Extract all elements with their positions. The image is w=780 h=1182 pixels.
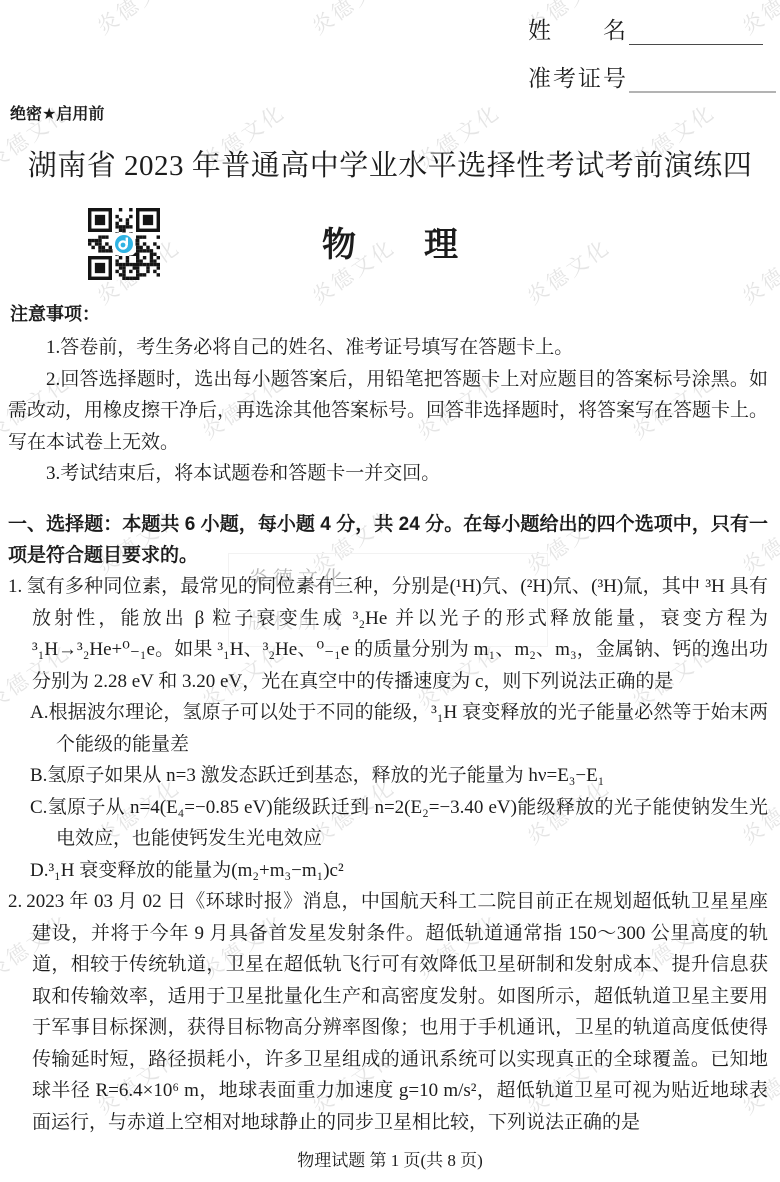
- section-heading: 一、选择题：本题共 6 小题，每小题 4 分，共 24 分。在每小题给出的四个选…: [8, 509, 768, 571]
- questions-area: 1.氢有多种同位素，最常见的同位素有三种，分别是(¹H)氕、(²H)氘、(³H)…: [8, 571, 768, 1138]
- question-1-option-c: C.氢原子从 n=4(E₄=−0.85 eV)能级跃迁到 n=2(E₂=−3.4…: [30, 792, 768, 855]
- question-1-option-b: B.氢原子如果从 n=3 激发态跃迁到基态，释放的光子能量为 hν=E₃−E₁: [30, 760, 768, 792]
- secrecy-notice: 绝密★启用前: [10, 101, 104, 124]
- notice-item: 2.回答选择题时，选出每小题答案后，用铅笔把答题卡上对应题目的答案标号涂黑。如需…: [8, 364, 768, 459]
- page-footer: 物理试题 第 1 页(共 8 页): [0, 1146, 780, 1171]
- question-1: 1.氢有多种同位素，最常见的同位素有三种，分别是(¹H)氕、(²H)氘、(³H)…: [8, 571, 768, 886]
- notice-section: 注意事项： 1.答卷前，考生务必将自己的姓名、准考证号填写在答题卡上。 2.回答…: [8, 300, 768, 490]
- name-label: 姓名: [528, 12, 626, 45]
- watermark-text: 炎德文化: [305, 0, 401, 41]
- exam-paper-page: 炎德文化炎德文化炎德文化炎德文化炎德文化炎德文化炎德文化炎德文化炎德文化炎德文化…: [0, 0, 780, 1182]
- name-field-row: 姓名: [528, 12, 763, 45]
- question-1-text: 氢有多种同位素，最常见的同位素有三种，分别是(¹H)氕、(²H)氘、(³H)氚，…: [26, 576, 768, 692]
- question-2: 2.2023 年 03 月 02 日《环球时报》消息，中国航天科工二院目前正在规…: [8, 886, 768, 1138]
- subject-title: 物 理: [0, 217, 780, 266]
- question-1-option-a: A.根据波尔理论，氢原子可以处于不同的能级，³₁H 衰变释放的光子能量必然等于始…: [30, 697, 768, 760]
- name-blank-line: [629, 17, 763, 45]
- question-2-number: 2.: [8, 891, 22, 912]
- question-2-stem: 2.2023 年 03 月 02 日《环球时报》消息，中国航天科工二院目前正在规…: [8, 886, 768, 1138]
- exam-no-label: 准考证号: [528, 60, 626, 93]
- notice-item: 3.考试结束后，将本试题卷和答题卡一并交回。: [8, 458, 768, 490]
- question-2-text: 2023 年 03 月 02 日《环球时报》消息，中国航天科工二院目前正在规划超…: [26, 891, 768, 1133]
- exam-no-blank-line: [629, 64, 776, 93]
- notice-heading: 注意事项：: [10, 300, 768, 326]
- question-1-number: 1.: [8, 576, 22, 597]
- exam-no-field-row: 准考证号: [528, 60, 776, 93]
- exam-title: 湖南省 2023 年普通高中学业水平选择性考试考前演练四: [0, 143, 780, 184]
- notice-item: 1.答卷前，考生务必将自己的姓名、准考证号填写在答题卡上。: [8, 332, 768, 364]
- question-1-stem: 1.氢有多种同位素，最常见的同位素有三种，分别是(¹H)氕、(²H)氘、(³H)…: [8, 571, 768, 697]
- question-1-option-d: D.³₁H 衰变释放的能量为(m₂+m₃−m₁)c²: [30, 855, 768, 887]
- watermark-text: 炎德文化: [90, 0, 186, 41]
